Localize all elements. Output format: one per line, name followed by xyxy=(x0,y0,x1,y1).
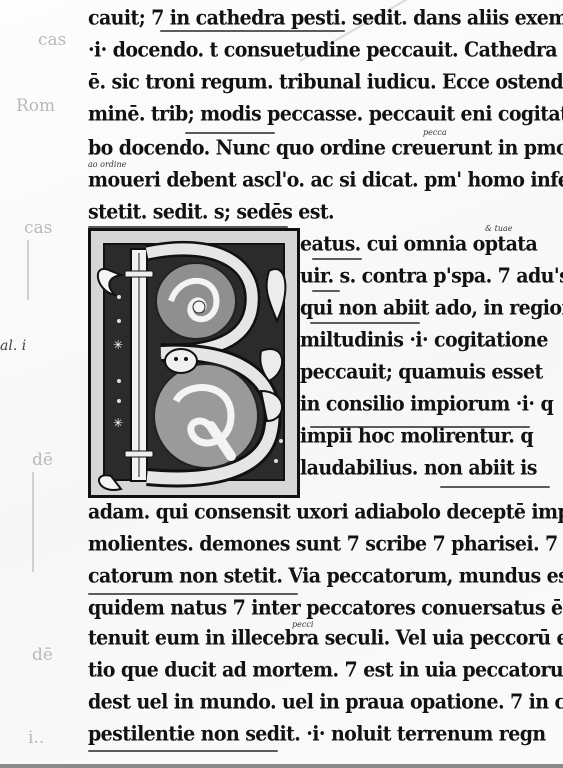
margin-rule-1 xyxy=(27,240,29,300)
margin-note-de-2: dē xyxy=(32,645,53,665)
initial-b-ornament-icon: ✳ ✳ xyxy=(91,231,303,501)
margin-rule-2 xyxy=(32,472,34,572)
text-line: uir. s. contra p'spa. 7 adu'sa xyxy=(300,264,563,288)
rubric-underline xyxy=(160,30,345,32)
text-line: laudabilius. non abiit is xyxy=(300,456,563,480)
text-line: in consilio impiorum ·i· q xyxy=(300,392,563,416)
text-line: tenuit eum in illecebra seculi. Vel uia … xyxy=(88,626,563,650)
rubric-underline xyxy=(312,290,340,292)
rubric-underline xyxy=(88,593,298,595)
margin-note-al: al. i xyxy=(0,338,26,354)
rubric-underline xyxy=(88,750,278,752)
margin-note-i: i.. xyxy=(28,728,44,748)
text-line: moueri debent ascl'o. ac si dicat. pm' h… xyxy=(88,168,563,192)
text-line: stetit. sedit. s; sedēs est. xyxy=(88,200,563,224)
text-line: quidem natus 7 inter peccatores conuersa… xyxy=(88,596,563,620)
margin-note-rom: Rom xyxy=(16,96,55,116)
rubric-underline xyxy=(310,322,420,324)
page-bottom-edge xyxy=(0,764,563,768)
margin-note-cas-2: cas xyxy=(24,218,52,238)
margin-note-de-1: dē xyxy=(32,450,53,470)
text-line: minē. trib; modis peccasse. peccauit eni… xyxy=(88,102,563,126)
text-line: ē. sic troni regum. tribunal iudicu. Ecc… xyxy=(88,70,563,94)
text-line: tio que ducit ad mortem. 7 est in uia pe… xyxy=(88,658,563,682)
text-line: catorum non stetit. Via peccatorum, mund… xyxy=(88,564,563,588)
manuscript-page: cas Rom cas al. i dē dē i.. cauit; 7 in … xyxy=(0,0,563,768)
rubric-underline xyxy=(185,132,275,134)
text-line: eatus. cui omnia optata xyxy=(300,232,563,256)
illuminated-initial-b: ✳ ✳ xyxy=(88,228,300,498)
text-line: ·i· docendo. t consuetudine peccauit. Ca… xyxy=(88,38,563,62)
svg-text:✳: ✳ xyxy=(113,416,123,430)
text-line: dest uel in mundo. uel in praua opatione… xyxy=(88,690,563,714)
margin-note-cas-1: cas xyxy=(38,30,66,50)
text-line: pestilentie non sedit. ·i· noluit terren… xyxy=(88,722,563,746)
text-line: adam. qui consensit uxori adiabolo decep… xyxy=(88,500,563,524)
text-line: miltudinis ·i· cogitatione xyxy=(300,328,563,352)
rubric-underline xyxy=(440,486,550,488)
text-line: cauit; 7 in cathedra pesti. sedit. dans … xyxy=(88,6,563,30)
rubric-underline xyxy=(310,426,530,428)
text-line: peccauit; quamuis esset xyxy=(300,360,563,384)
text-line: qui non abiit ado, in region xyxy=(300,296,563,320)
text-line: bo docendo. Nunc quo ordine creuerunt in… xyxy=(88,136,563,160)
svg-text:✳: ✳ xyxy=(113,338,123,352)
rubric-underline xyxy=(312,258,362,260)
text-line: molientes. demones sunt 7 scribe 7 phari… xyxy=(88,532,563,556)
